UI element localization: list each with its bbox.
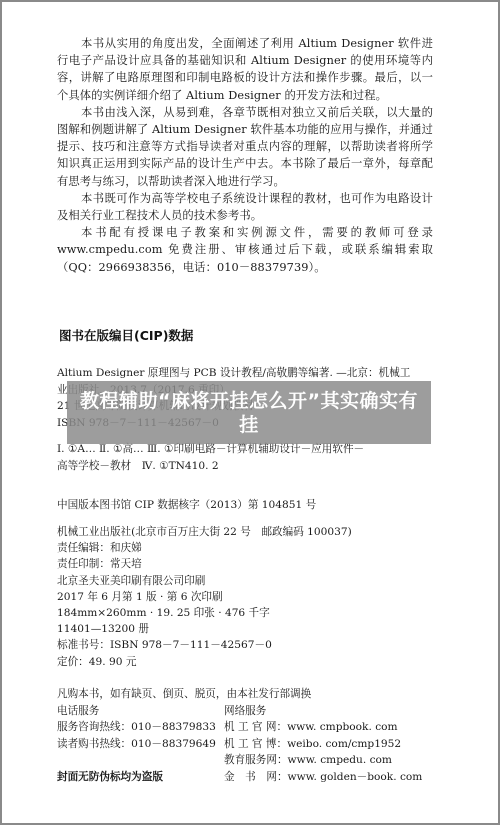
printer: 北京圣夫亚美印刷有限公司印刷: [57, 573, 433, 589]
cip-title: 图书在版编目(CIP)数据: [59, 326, 193, 344]
price: 定价：49. 90 元: [57, 654, 433, 670]
format: 184mm×260mm · 19. 25 印张 · 476 千字: [57, 605, 433, 621]
service-row: 教育服务网：www. cmpedu. com: [57, 752, 433, 769]
service-left: [57, 752, 224, 769]
cip-class-line-2: 高等学校－教材 Ⅳ. ①TN410. 2: [57, 458, 433, 475]
editor: 责任编辑：和庆娣: [57, 540, 433, 556]
service-left: 电话服务: [57, 703, 224, 720]
service-left: 服务咨询热线：010－88379833: [57, 719, 224, 736]
service-left: 读者购书热线：010－88379649: [57, 736, 224, 753]
anti-piracy-notice: 封面无防伪标均为盗版: [57, 769, 224, 786]
publication-info: 机械工业出版社(北京市百万庄大街 22 号 邮政编码 100037) 责任编辑：…: [57, 524, 433, 670]
cip-desc-line-1: Altium Designer 原理图与 PCB 设计教程/高敬鹏等编著. —北…: [57, 365, 433, 382]
intro-section: 本书从实用的角度出发，全面阐述了利用 Altium Designer 软件进行电…: [57, 35, 433, 276]
service-row: 服务咨询热线：010－88379833 机 工 官 网：www. cmpbook…: [57, 719, 433, 736]
edition: 2017 年 6 月第 1 版 · 第 6 次印刷: [57, 589, 433, 605]
watermark-overlay-banner: 教程辅助“麻将开挂怎么开”其实确实有挂: [67, 381, 431, 444]
cip-check-line: 中国版本图书馆 CIP 数据核字（2013）第 104851 号: [57, 497, 433, 514]
cip-classification: Ⅰ. ①A… Ⅱ. ①高… Ⅲ. ①印刷电路－计算机辅助设计－应用软件－ 高等学…: [57, 441, 433, 474]
publisher: 机械工业出版社(北京市百万庄大街 22 号 邮政编码 100037): [57, 524, 433, 540]
service-row: 电话服务 网络服务: [57, 703, 433, 720]
service-right: 金 书 网：www. golden－book. com: [224, 769, 422, 786]
cip-check-number: 中国版本图书馆 CIP 数据核字（2013）第 104851 号: [57, 497, 433, 514]
intro-paragraph-1: 本书从实用的角度出发，全面阐述了利用 Altium Designer 软件进行电…: [57, 35, 433, 104]
service-right: 教育服务网：www. cmpedu. com: [224, 752, 392, 769]
exchange-notice: 凡购本书，如有缺页、倒页、脱页，由本社发行部调换: [57, 686, 433, 703]
intro-paragraph-2: 本书由浅入深，从易到难，各章节既相对独立又前后关联，以大量的图解和例题讲解了 A…: [57, 104, 433, 190]
service-row: 封面无防伪标均为盗版 金 书 网：www. golden－book. com: [57, 769, 433, 786]
service-right: 机 工 官 网：www. cmpbook. com: [224, 719, 398, 736]
intro-paragraph-4: 本书配有授课电子教案和实例源文件，需要的教师可登录 www.cmpedu.com…: [57, 224, 433, 276]
copies: 11401—13200 册: [57, 621, 433, 637]
service-row: 读者购书热线：010－88379649 机 工 官 博：weibo. com/c…: [57, 736, 433, 753]
overlay-text: 教程辅助“麻将开挂怎么开”其实确实有挂: [79, 389, 419, 437]
service-right: 机 工 官 博：weibo. com/cmp1952: [224, 736, 401, 753]
service-notice: 凡购本书，如有缺页、倒页、脱页，由本社发行部调换 电话服务 网络服务 服务咨询热…: [57, 686, 433, 785]
service-right: 网络服务: [224, 703, 266, 720]
print-supervisor: 责任印制：常天培: [57, 556, 433, 572]
intro-paragraph-3: 本书既可作为高等学校电子系统设计课程的教材，也可作为电路设计及相关行业工程技术人…: [57, 190, 433, 224]
isbn: 标准书号：ISBN 978－7－111－42567－0: [57, 637, 433, 653]
